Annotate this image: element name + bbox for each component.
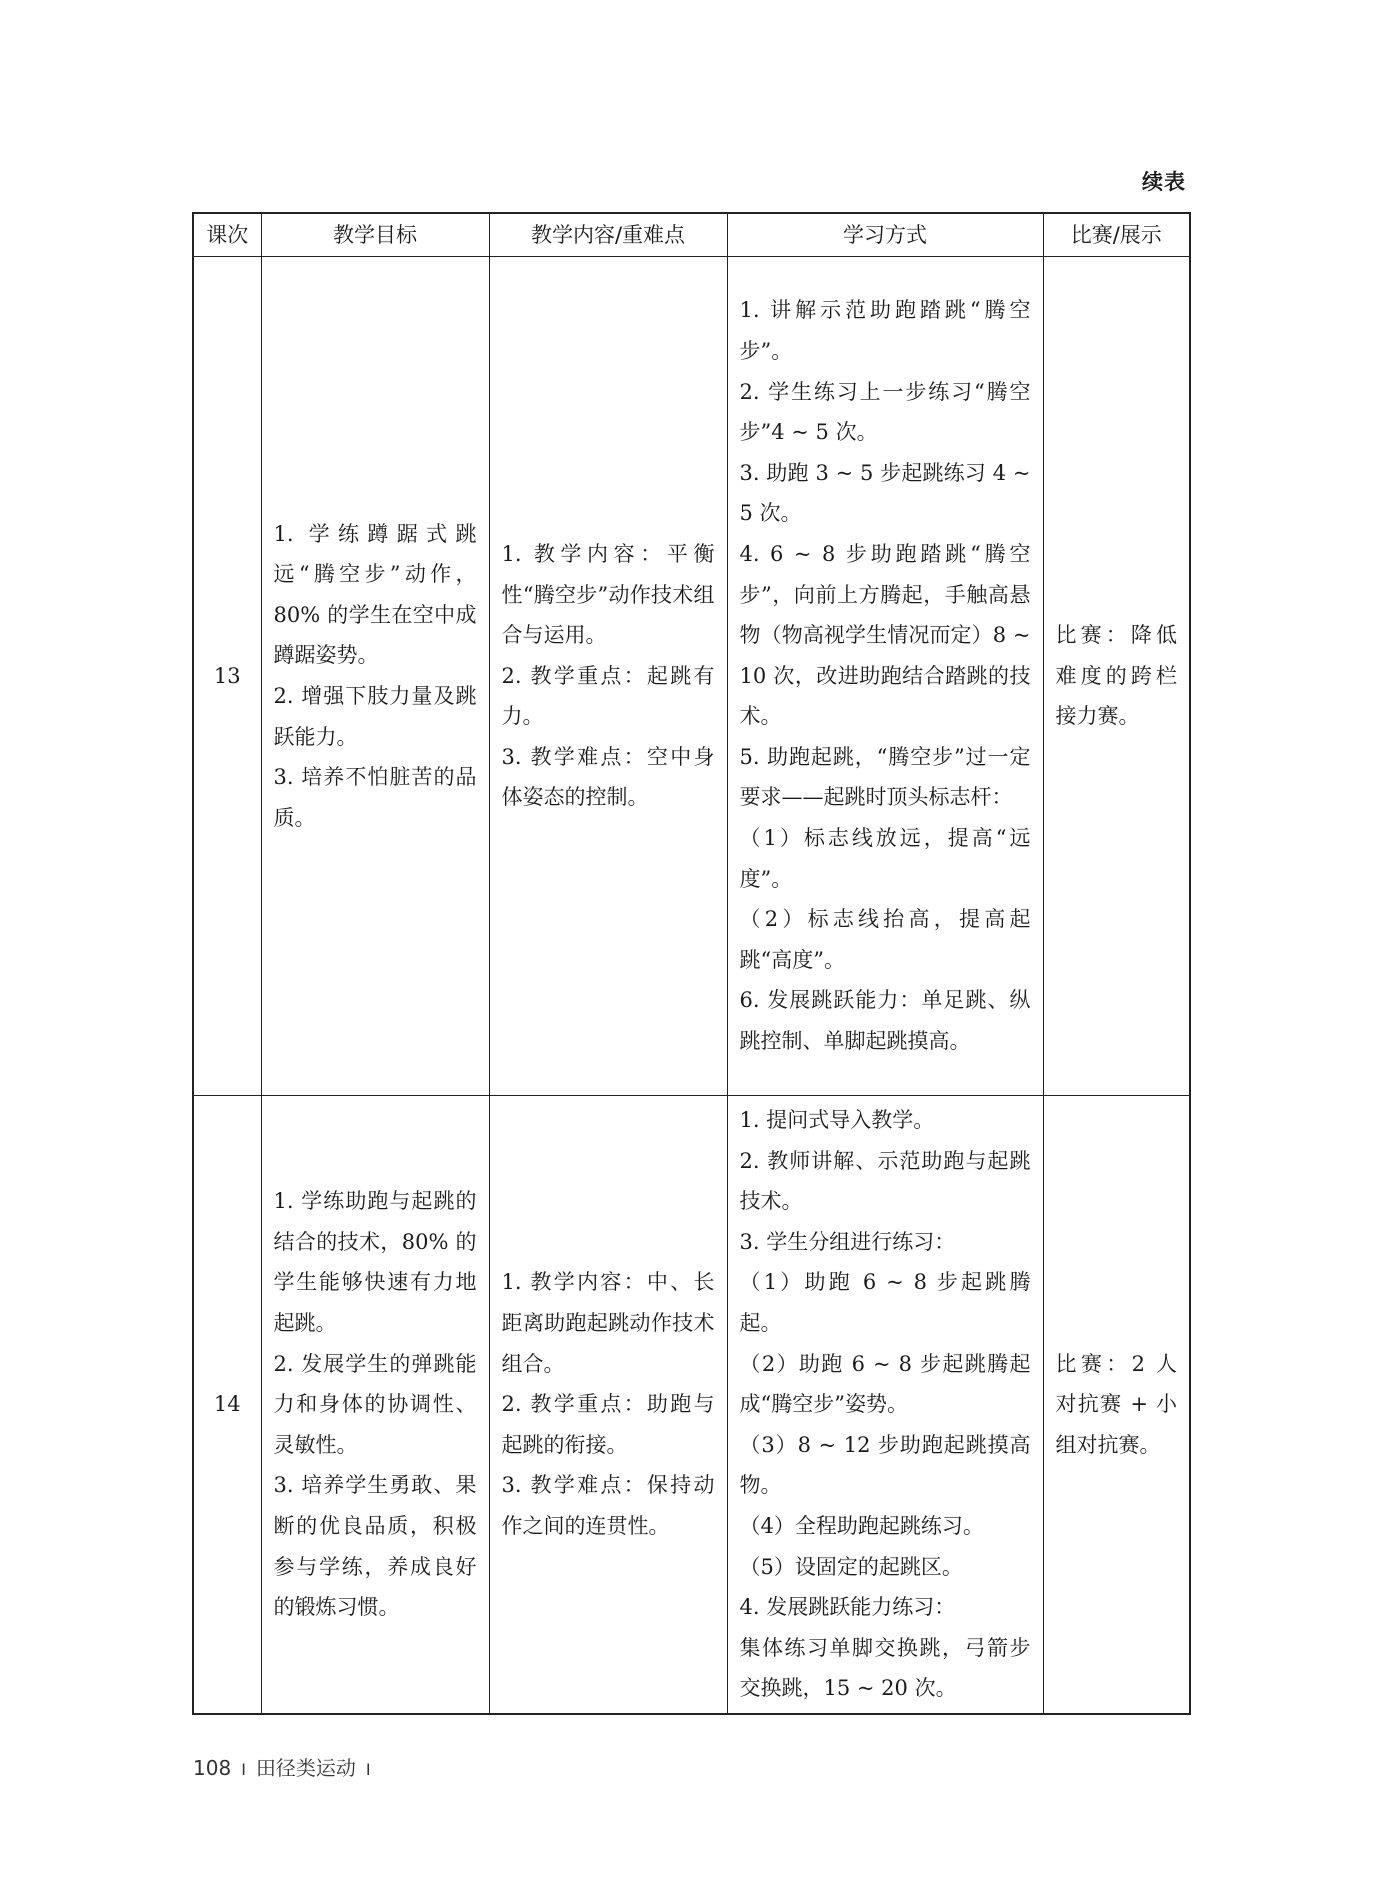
method-item: 4. 发展跳跃能力练习： <box>740 1587 1031 1628</box>
method-item: 6. 发展跳跃能力：单足跳、纵跳控制、单脚起跳摸高。 <box>740 980 1031 1061</box>
footer-separator-trailing: I <box>366 1760 371 1779</box>
header-learning-methods: 学习方式 <box>727 213 1043 257</box>
goal-item: 1. 学练助跑与起跳的结合的技术，80% 的学生能够快速有力地起跳。 <box>274 1181 477 1343</box>
page-footer: 108I田径类运动I <box>193 1752 381 1781</box>
teaching-goals-cell: 1. 学练蹲踞式跳远“腾空步”动作，80% 的学生在空中成蹲踞姿势。 2. 增强… <box>261 257 489 1096</box>
method-item: （1）标志线放远，提高“远度”。 <box>740 818 1031 899</box>
book-title: 田径类运动 <box>256 1756 356 1780</box>
method-item: 1. 提问式导入教学。 <box>740 1100 1031 1141</box>
header-competition: 比赛/展示 <box>1043 213 1190 257</box>
learning-methods-cell: 1. 提问式导入教学。 2. 教师讲解、示范助跑与起跳技术。 3. 学生分组进行… <box>727 1096 1043 1714</box>
goal-item: 2. 增强下肢力量及跳跃能力。 <box>274 676 477 757</box>
goal-item: 3. 培养学生勇敢、果断的优良品质，积极参与学练，养成良好的锻炼习惯。 <box>274 1465 477 1627</box>
continued-table-label: 续表 <box>1142 166 1186 196</box>
header-teaching-goals: 教学目标 <box>261 213 489 257</box>
goal-item: 3. 培养不怕脏苦的品质。 <box>274 757 477 838</box>
page-number: 108 <box>193 1756 231 1780</box>
method-item: 集体练习单脚交换跳，弓箭步交换跳，15 ~ 20 次。 <box>740 1628 1031 1709</box>
method-item: （1）助跑 6 ~ 8 步起跳腾起。 <box>740 1262 1031 1343</box>
method-item: 4. 6 ~ 8 步助跑踏跳“腾空步”，向前上方腾起，手触高悬物（物高视学生情况… <box>740 534 1031 737</box>
method-item: 2. 教师讲解、示范助跑与起跳技术。 <box>740 1141 1031 1222</box>
content-item: 2. 教学重点：助跑与起跳的衔接。 <box>502 1384 715 1465</box>
goal-item: 2. 发展学生的弹跳能力和身体的协调性、灵敏性。 <box>274 1344 477 1466</box>
content-item: 3. 教学难点：空中身体姿态的控制。 <box>502 737 715 818</box>
table-row: 14 1. 学练助跑与起跳的结合的技术，80% 的学生能够快速有力地起跳。 2.… <box>193 1096 1190 1714</box>
teaching-goals-cell: 1. 学练助跑与起跳的结合的技术，80% 的学生能够快速有力地起跳。 2. 发展… <box>261 1096 489 1714</box>
header-lesson: 课次 <box>193 213 261 257</box>
competition-text: 比赛：降低难度的跨栏接力赛。 <box>1056 615 1178 737</box>
learning-methods-cell: 1. 讲解示范助跑踏跳“腾空步”。 2. 学生练习上一步练习“腾空步”4 ~ 5… <box>727 257 1043 1096</box>
method-item: 2. 学生练习上一步练习“腾空步”4 ~ 5 次。 <box>740 372 1031 453</box>
method-item: 3. 助跑 3 ~ 5 步起跳练习 4 ~ 5 次。 <box>740 453 1031 534</box>
lesson-plan-table: 课次 教学目标 教学内容/重难点 学习方式 比赛/展示 13 1. 学练蹲踞式跳… <box>192 212 1191 1715</box>
method-item: （4）全程助跑起跳练习。 <box>740 1506 1031 1547</box>
lesson-number: 14 <box>193 1096 261 1714</box>
teaching-content-cell: 1. 教学内容：平衡性“腾空步”动作技术组合与运用。 2. 教学重点：起跳有力。… <box>489 257 727 1096</box>
method-item: （5）设固定的起跳区。 <box>740 1547 1031 1588</box>
method-item: 1. 讲解示范助跑踏跳“腾空步”。 <box>740 290 1031 371</box>
header-teaching-content: 教学内容/重难点 <box>489 213 727 257</box>
competition-cell: 比赛：2 人对抗赛 + 小组对抗赛。 <box>1043 1096 1190 1714</box>
method-item: （2）助跑 6 ~ 8 步起跳腾起成“腾空步”姿势。 <box>740 1344 1031 1425</box>
content-item: 2. 教学重点：起跳有力。 <box>502 656 715 737</box>
teaching-content-cell: 1. 教学内容：中、长距离助跑起跳动作技术组合。 2. 教学重点：助跑与起跳的衔… <box>489 1096 727 1714</box>
method-item: （3）8 ~ 12 步助跑起跳摸高物。 <box>740 1425 1031 1506</box>
competition-cell: 比赛：降低难度的跨栏接力赛。 <box>1043 257 1190 1096</box>
method-item: 5. 助跑起跳，“腾空步”过一定要求——起跳时顶头标志杆： <box>740 737 1031 818</box>
content-item: 1. 教学内容：中、长距离助跑起跳动作技术组合。 <box>502 1262 715 1384</box>
content-item: 1. 教学内容：平衡性“腾空步”动作技术组合与运用。 <box>502 534 715 656</box>
competition-text: 比赛：2 人对抗赛 + 小组对抗赛。 <box>1056 1344 1178 1466</box>
method-item: 3. 学生分组进行练习： <box>740 1222 1031 1263</box>
goal-item: 1. 学练蹲踞式跳远“腾空步”动作，80% 的学生在空中成蹲踞姿势。 <box>274 514 477 676</box>
method-item: （2）标志线抬高，提高起跳“高度”。 <box>740 899 1031 980</box>
table-row: 13 1. 学练蹲踞式跳远“腾空步”动作，80% 的学生在空中成蹲踞姿势。 2.… <box>193 257 1190 1096</box>
content-item: 3. 教学难点：保持动作之间的连贯性。 <box>502 1465 715 1546</box>
lesson-number: 13 <box>193 257 261 1096</box>
footer-separator: I <box>241 1760 246 1779</box>
table-header-row: 课次 教学目标 教学内容/重难点 学习方式 比赛/展示 <box>193 213 1190 257</box>
